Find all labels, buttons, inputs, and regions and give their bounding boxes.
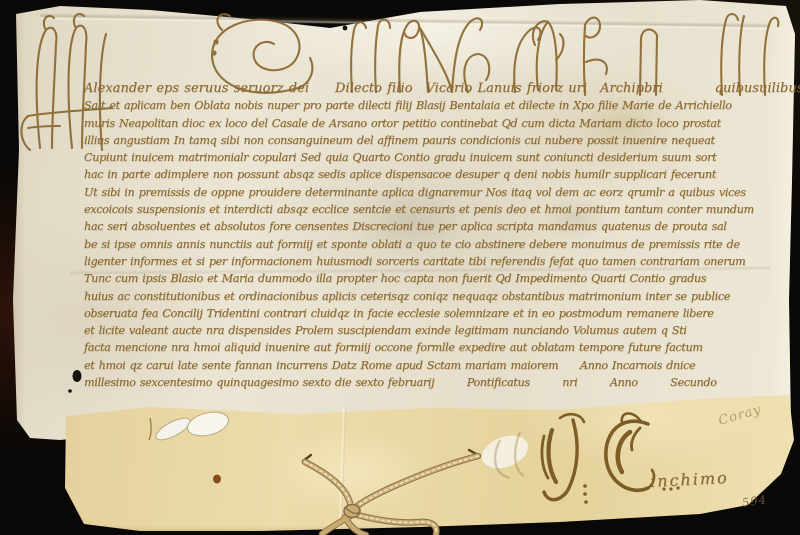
ornamental-spiral-flourish bbox=[212, 14, 312, 93]
cord-knot bbox=[344, 505, 360, 518]
ink-blot bbox=[68, 26, 347, 393]
ink-artwork-layer bbox=[0, 0, 800, 535]
worn-flourish bbox=[477, 430, 532, 478]
manuscript-photograph: Alexander eps seruus seruorz dei Dilecto… bbox=[0, 0, 800, 535]
ascender-flourishes bbox=[533, 14, 779, 95]
initial-letter-flourish bbox=[21, 14, 112, 150]
ascender-flourishes bbox=[351, 18, 540, 92]
sealing-cord bbox=[303, 450, 478, 535]
plica-initial-flourish-J bbox=[542, 414, 588, 504]
plica-holes bbox=[149, 408, 231, 483]
